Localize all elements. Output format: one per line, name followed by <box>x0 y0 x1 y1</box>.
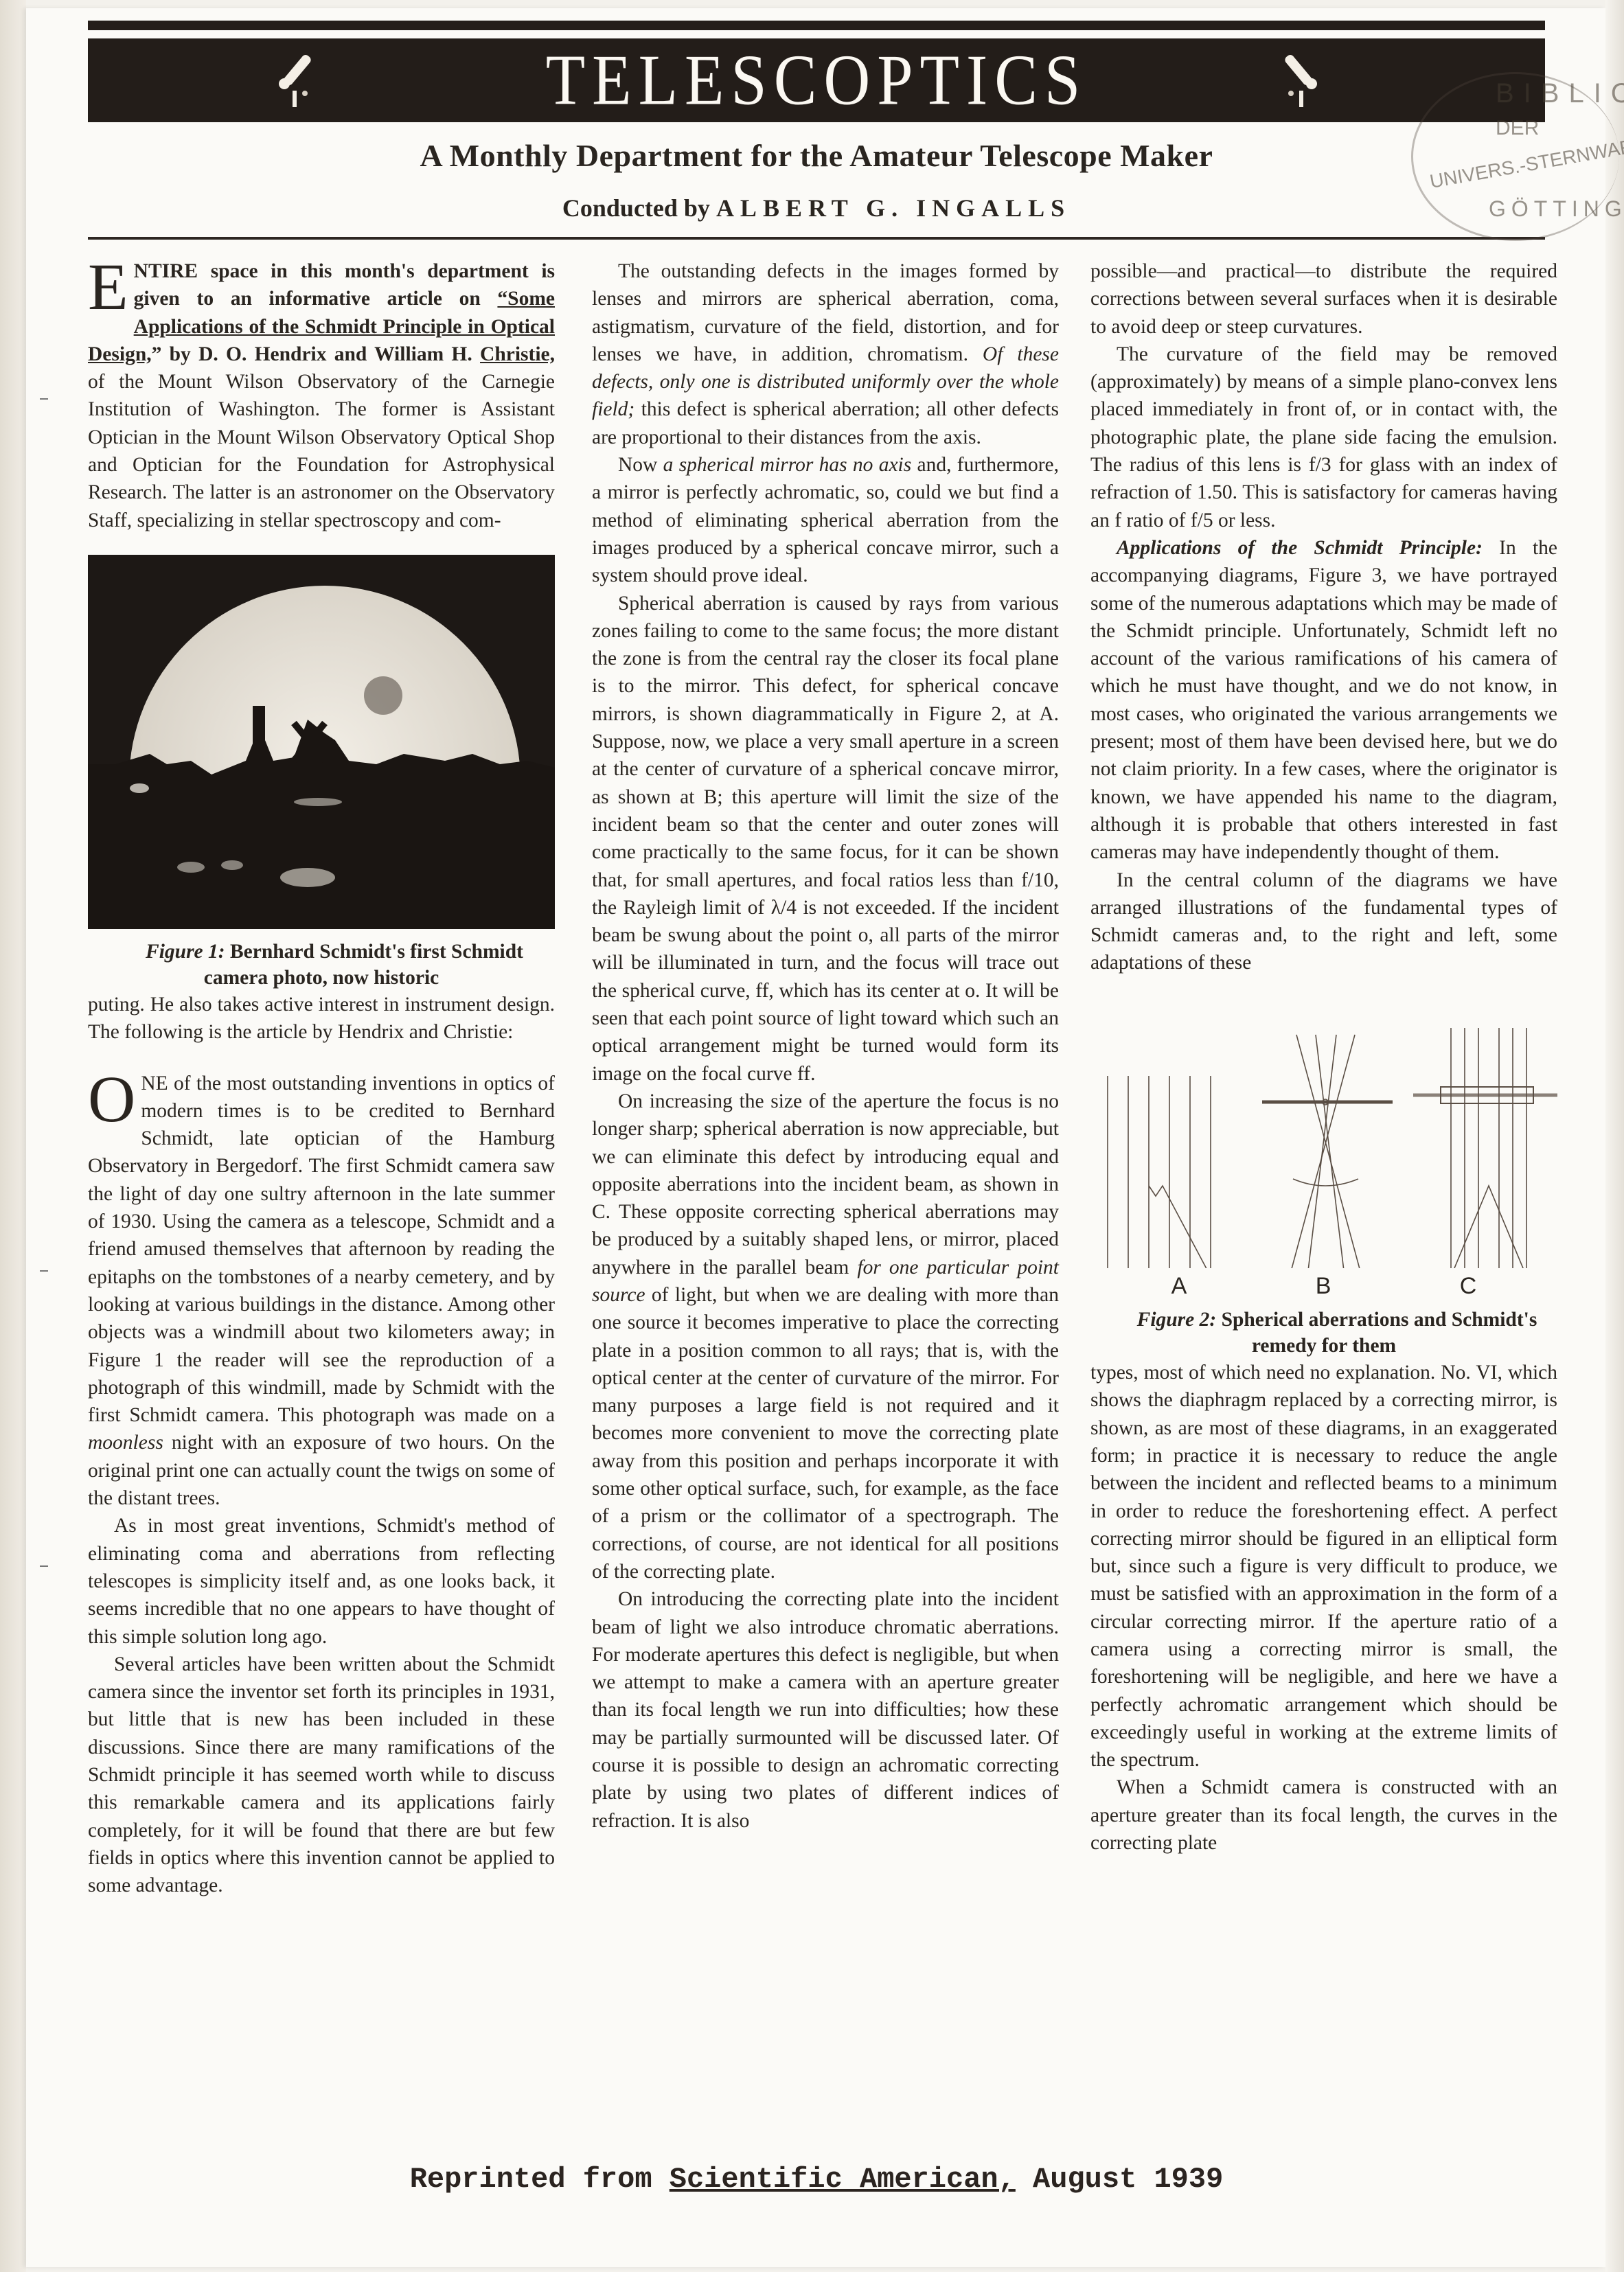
book-spine <box>0 0 26 2272</box>
article-paragraph: As in most great inventions, Schmidt's m… <box>88 1512 555 1650</box>
editor-intro: ENTIRE space in this month's department … <box>88 257 555 534</box>
article-paragraph: The outstanding defects in the images fo… <box>592 257 1059 451</box>
telescope-icon <box>272 48 327 110</box>
diagram-b <box>1262 1035 1393 1268</box>
windmill-photo <box>88 555 555 929</box>
publication-name: Scientific American, <box>670 2163 1016 2196</box>
figure-label: Figure 1: <box>146 941 225 963</box>
figure-label: Figure 2: <box>1137 1309 1217 1331</box>
page-edge <box>1605 0 1624 2272</box>
reprint-footer: Reprinted from Scientific American, Augu… <box>88 2163 1545 2196</box>
figure-1-caption: Figure 1: Bernhard Schmidt's first Schmi… <box>88 939 555 991</box>
editor-intro-continued: puting. He also takes active interest in… <box>88 991 555 1046</box>
article-paragraph: On introducing the correcting plate into… <box>592 1585 1059 1835</box>
library-stamp: BIBLIOTHEK DER UNIVERS.-STERNWARTE GÖTTI… <box>1411 72 1619 241</box>
diagram-c <box>1413 1028 1557 1268</box>
stamp-line: DER <box>1496 117 1539 140</box>
editor-name: ALBERT G. INGALLS <box>716 194 1071 222</box>
margin-mark <box>40 1565 48 1567</box>
editor-credit: Conducted by ALBERT G. INGALLS <box>88 194 1545 222</box>
header-rule <box>88 237 1545 240</box>
article-paragraph: Now a spherical mirror has no axis and, … <box>592 451 1059 589</box>
department-subtitle: A Monthly Department for the Amateur Tel… <box>88 137 1545 174</box>
figure-1-photo <box>88 555 555 929</box>
figure-2-labels: A B C <box>1090 1272 1557 1300</box>
column-middle: The outstanding defects in the images fo… <box>592 257 1059 1835</box>
figure-2-caption: Figure 2: Spherical aberrations and Schm… <box>1090 1307 1557 1359</box>
article-paragraph: When a Schmidt camera is constructed wit… <box>1090 1774 1557 1857</box>
conducted-prefix: Conducted by <box>562 194 710 222</box>
publication-date: August 1939 <box>1016 2163 1223 2196</box>
spherical-aberration-diagram <box>1090 1021 1557 1268</box>
margin-mark <box>40 1270 48 1272</box>
department-banner: TELESCOPTICS <box>88 38 1545 122</box>
stamp-line: BIBLIOTHEK <box>1496 78 1624 109</box>
margin-mark <box>40 398 48 400</box>
article-paragraph: Several articles have been written about… <box>88 1651 555 1900</box>
diagram-a <box>1097 1076 1221 1268</box>
article-paragraph: The curvature of the field may be remove… <box>1090 341 1557 534</box>
drop-cap: O <box>88 1072 135 1126</box>
top-rule <box>88 21 1545 30</box>
article-paragraph: In the central column of the diagrams we… <box>1090 867 1557 977</box>
figure-2-diagram <box>1090 1021 1557 1268</box>
department-title: TELESCOPTICS <box>546 44 1088 116</box>
diagram-label-a: A <box>1171 1272 1187 1300</box>
diagram-label-b: B <box>1316 1272 1331 1300</box>
column-right: possible—and practical—to distribute the… <box>1090 257 1557 1857</box>
article-paragraph: Spherical aberration is caused by rays f… <box>592 590 1059 1088</box>
article-paragraph: Applications of the Schmidt Principle: I… <box>1090 534 1557 867</box>
article-paragraph: On increasing the size of the aperture t… <box>592 1088 1059 1585</box>
stamp-line: GÖTTINGEN <box>1489 196 1624 222</box>
diagram-label-c: C <box>1460 1272 1477 1300</box>
article-paragraph: possible—and practical—to distribute the… <box>1090 257 1557 341</box>
article-paragraph: ONE of the most outstanding inventions i… <box>88 1070 555 1513</box>
section-heading: Applications of the Schmidt Principle: <box>1117 537 1483 559</box>
column-left: ENTIRE space in this month's department … <box>88 257 555 1899</box>
stamp-line: UNIVERS.-STERNWARTE <box>1428 131 1624 193</box>
telescope-icon <box>1269 48 1324 110</box>
article-paragraph: types, most of which need no explanation… <box>1090 1359 1557 1774</box>
drop-cap: E <box>88 260 128 314</box>
